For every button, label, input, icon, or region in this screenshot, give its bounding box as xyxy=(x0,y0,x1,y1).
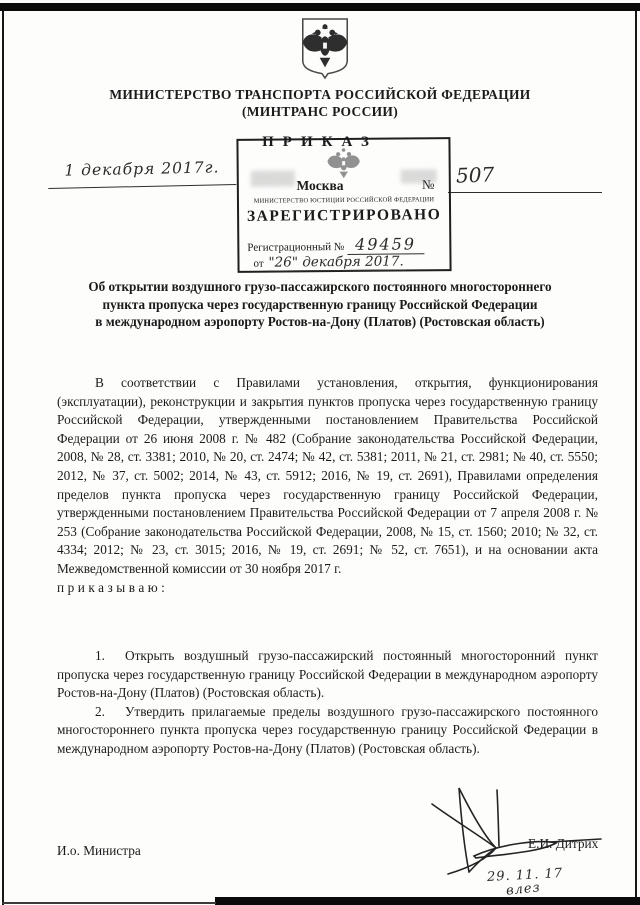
stamp-ministry-line: МИНИСТЕРСТВО ЮСТИЦИИ РОССИЙСКОЙ ФЕДЕРАЦИ… xyxy=(239,196,449,205)
order-title: ПРИКАЗ xyxy=(0,134,640,151)
preamble-paragraph: В соответствии с Правилами установления,… xyxy=(57,374,598,579)
order-item-1: 1.Открыть воздушный грузо-пассажирский п… xyxy=(57,647,598,703)
item-2-number: 2. xyxy=(95,704,105,719)
order-date-handwritten: 1 декабря 2017г. xyxy=(64,158,219,179)
stamp-registered-label: ЗАРЕГИСТРИРОВАНО xyxy=(239,206,449,226)
scan-border-bottom xyxy=(215,897,640,905)
stamp-date-line: от "26" декабря 2017. xyxy=(253,253,443,271)
signature-scribble xyxy=(428,786,608,891)
item-1-number: 1. xyxy=(95,648,105,663)
subject-line2: пункта пропуска через государственную гр… xyxy=(30,296,610,314)
order-number-handwritten: 507 xyxy=(456,162,495,187)
ministry-line1: МИНИСТЕРСТВО ТРАНСПОРТА РОССИЙСКОЙ ФЕДЕР… xyxy=(40,86,600,103)
subject-line3: в международном аэропорту Ростов-на-Дону… xyxy=(30,313,610,331)
order-subject: Об открытии воздушного грузо-пассажирско… xyxy=(30,278,610,331)
ministry-heading: МИНИСТЕРСТВО ТРАНСПОРТА РОССИЙСКОЙ ФЕДЕР… xyxy=(40,86,600,120)
order-number-label: № xyxy=(422,177,434,193)
document-page: МИНИСТЕРСТВО ТРАНСПОРТА РОССИЙСКОЙ ФЕДЕР… xyxy=(0,0,640,905)
subject-line1: Об открытии воздушного грузо-пассажирско… xyxy=(30,278,610,296)
item-2-text: Утвердить прилагаемые пределы воздушного… xyxy=(57,704,598,756)
stamp-reg-number-line: Регистрационный № 49459 xyxy=(247,234,441,255)
stamp-date-prefix: от xyxy=(253,258,263,270)
signer-position: И.о. Министра xyxy=(57,843,141,859)
stamp-reg-number-label: Регистрационный № xyxy=(247,241,344,254)
stamp-reg-number-handwritten: 49459 xyxy=(347,234,424,255)
coat-of-arms-icon xyxy=(296,16,354,82)
scan-border-bottom-thin xyxy=(2,902,216,904)
ministry-line2: (МИНТРАНС РОССИИ) xyxy=(40,103,600,120)
scan-border-top xyxy=(0,3,640,11)
item-1-text: Открыть воздушный грузо-пассажирский пос… xyxy=(57,648,598,700)
order-item-2: 2.Утвердить прилагаемые пределы воздушно… xyxy=(57,703,598,759)
order-items: 1.Открыть воздушный грузо-пассажирский п… xyxy=(57,647,598,759)
order-preamble: В соответствии с Правилами установления,… xyxy=(57,374,598,597)
order-place: Москва xyxy=(0,178,640,194)
decree-word: приказываю: xyxy=(57,579,598,598)
stamp-date-handwritten: "26" декабря 2017. xyxy=(266,253,405,271)
registration-stamp: МИНИСТЕРСТВО ЮСТИЦИИ РОССИЙСКОЙ ФЕДЕРАЦИ… xyxy=(236,137,451,273)
